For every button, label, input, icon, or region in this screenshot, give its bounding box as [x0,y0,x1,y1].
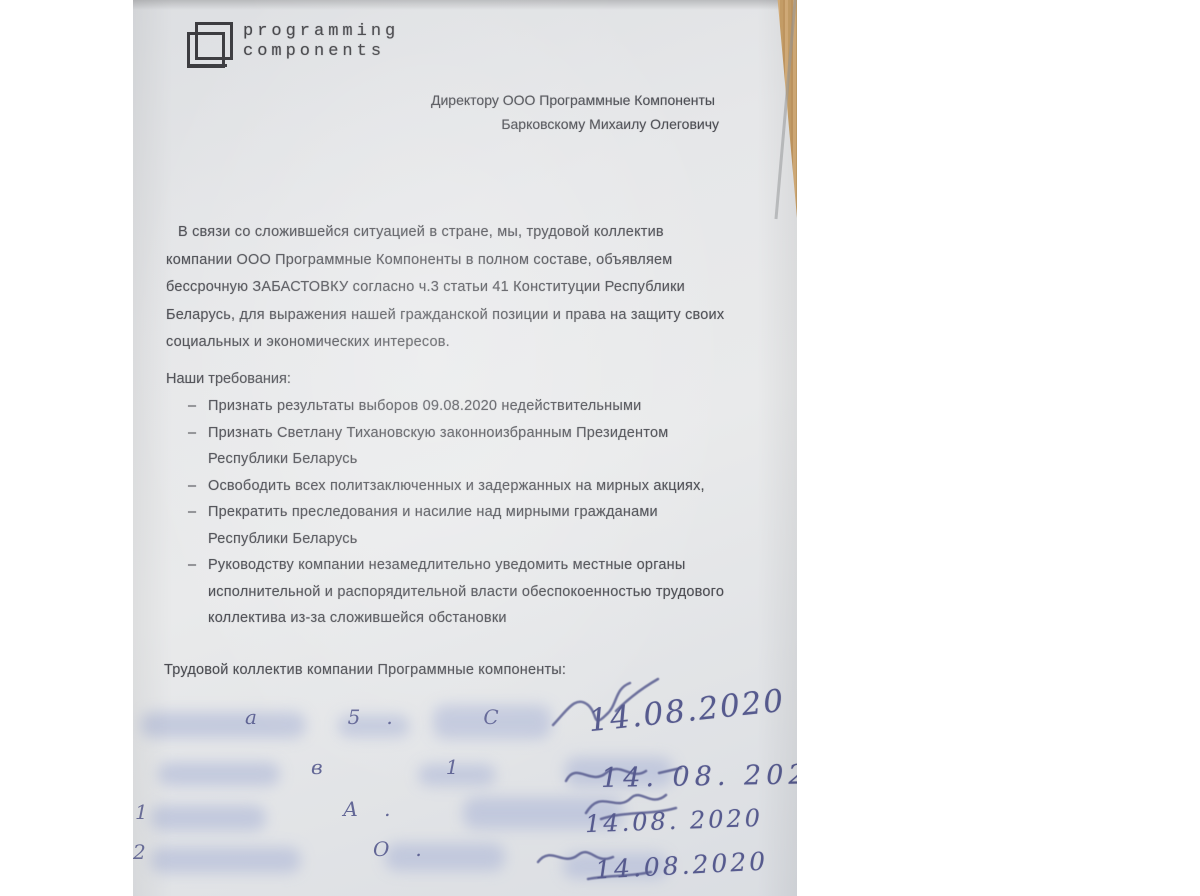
blurred-signature [158,762,280,786]
blurred-signature [151,847,301,873]
signature-fragment: О. [373,837,448,861]
left-mark: 1 [135,800,148,824]
demand-item: Признать Светлану Тихановскую законноизб… [208,420,733,473]
demands-heading: Наши требования: [166,371,291,387]
blurred-signature [151,805,266,831]
signatures-area: а 5. С 14.08.2020 в 1 14. 08. 2020 1 А. [133,685,797,896]
signature-fragment: в 1 [311,755,484,779]
logo-underline [187,64,227,67]
recipient-block: Директору ООО Программные Компоненты Бар… [431,88,719,136]
demand-item: Руководству компании незамедлительно уве… [208,552,733,632]
logo-squares-icon [185,20,235,70]
handwritten-date: 14.08. 2020 [585,804,764,838]
logo-square-inner [187,32,225,68]
letter-body: В связи со сложившейся ситуацией в стран… [166,219,728,357]
logo-line2: components [243,42,399,62]
page: programming components Директору ООО Про… [0,0,1200,896]
document-photo: programming components Директору ООО Про… [133,0,797,896]
recipient-line2: Барковскому Михаилу Олеговичу [431,112,719,136]
logo-line1: programming [243,22,399,42]
closing-line: Трудовой коллектив компании Программные … [164,662,566,678]
signature-fragment: а 5. С [245,705,525,729]
company-logo: programming components [185,20,399,70]
demand-item: Признать результаты выборов 09.08.2020 н… [208,393,733,420]
demand-item: Освободить всех политзаключенных и задер… [208,473,733,500]
signature-fragment: А. [343,797,417,821]
left-mark: 2 [133,840,146,864]
demand-item: Прекратить преследования и насилие над м… [208,499,733,552]
recipient-line1: Директору ООО Программные Компоненты [431,88,719,112]
demands-list: Признать результаты выборов 09.08.2020 н… [208,393,733,632]
logo-text: programming components [243,22,399,62]
